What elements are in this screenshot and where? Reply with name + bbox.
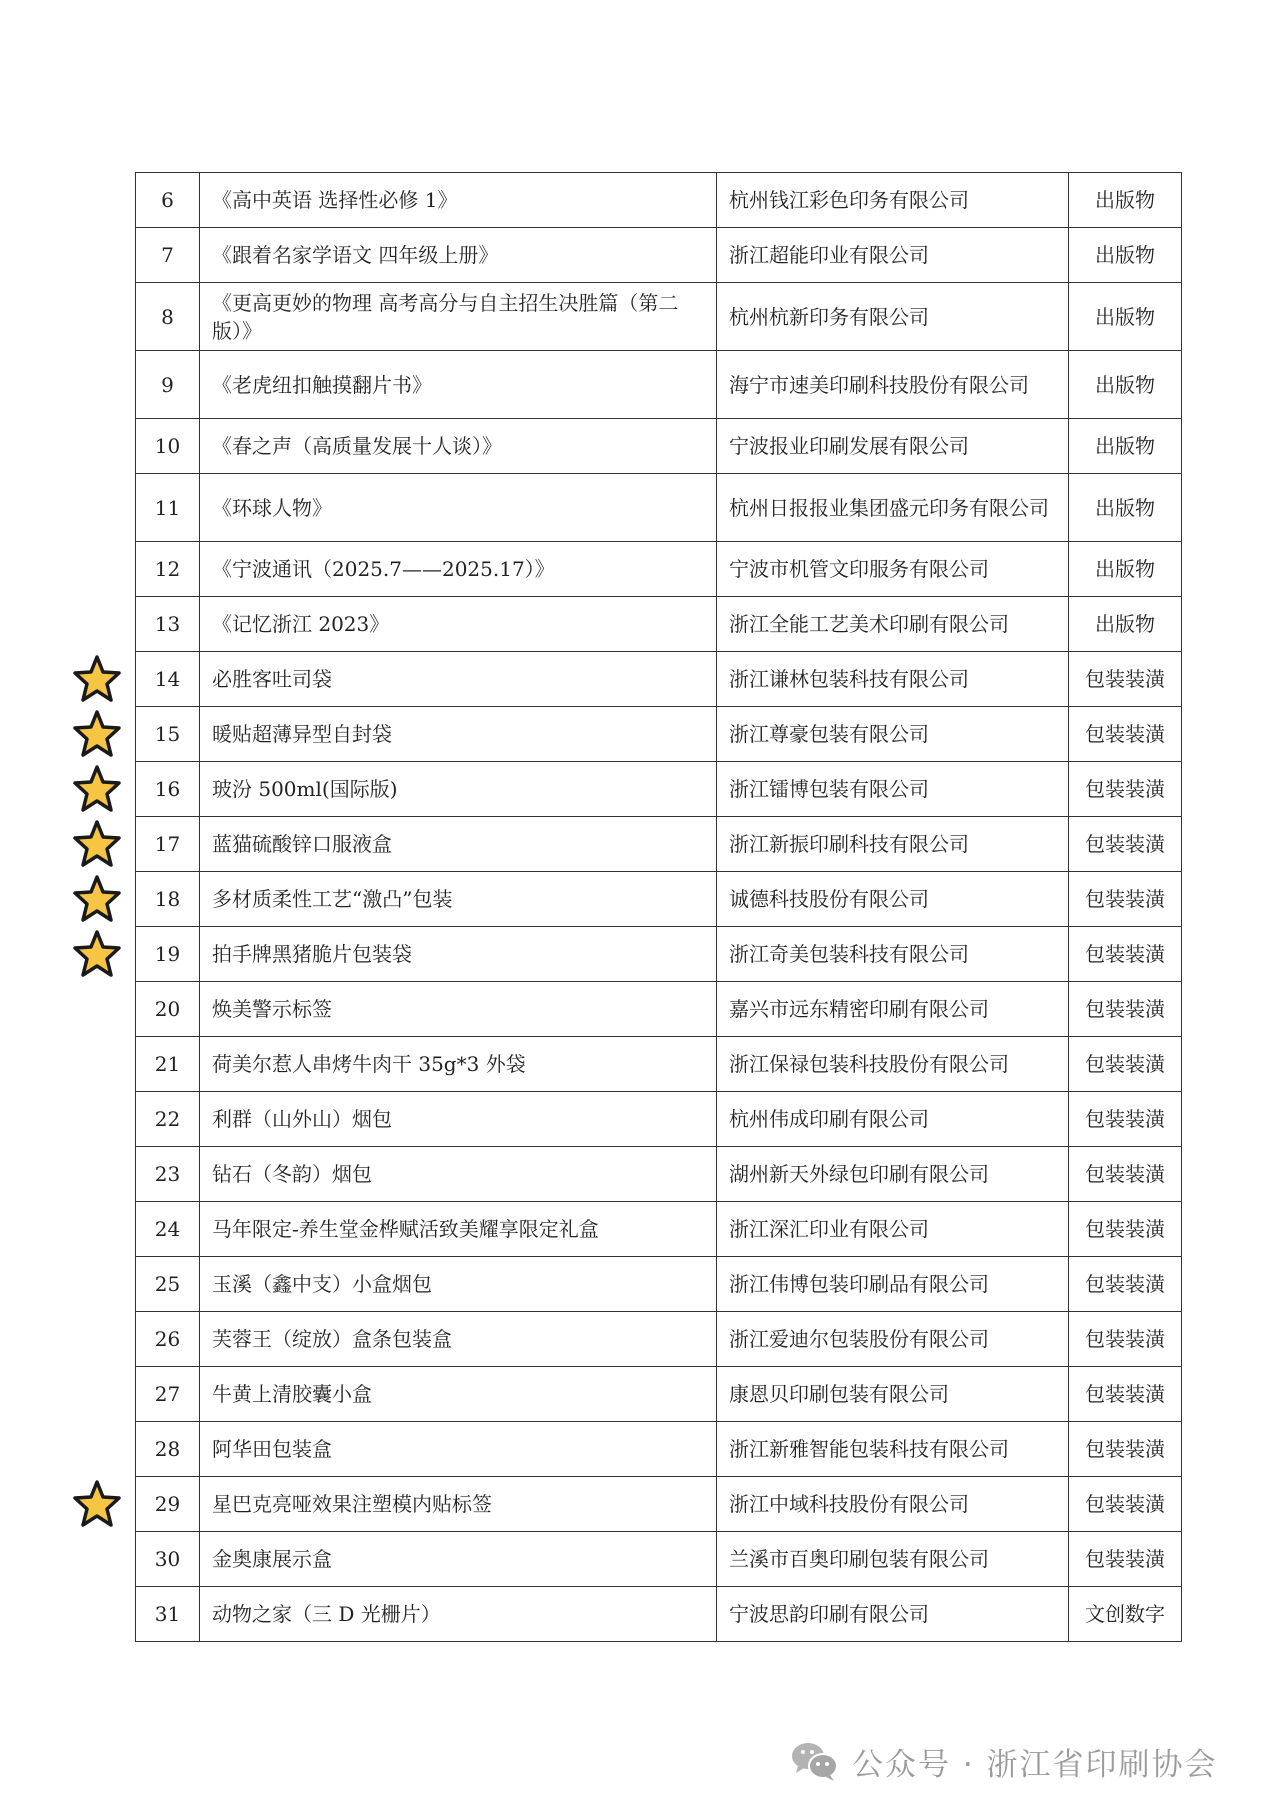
table-row: 20焕美警示标签嘉兴市远东精密印刷有限公司包装装潢 [136,982,1182,1037]
row-number: 13 [136,597,200,652]
table-row: 12《宁波通讯（2025.7——2025.17）》宁波市机管文印服务有限公司出版… [136,542,1182,597]
work-name: 钻石（冬韵）烟包 [200,1147,717,1202]
work-name: 星巴克亮哑效果注塑模内贴标签 [200,1477,717,1532]
row-number: 27 [136,1367,200,1422]
work-name: 多材质柔性工艺“激凸”包装 [200,872,717,927]
category: 出版物 [1069,474,1182,542]
row-number: 6 [136,173,200,228]
table-row: 13《记忆浙江 2023》浙江全能工艺美术印刷有限公司出版物 [136,597,1182,652]
watermark: 公众号 · 浙江省印刷协会 [790,1740,1218,1782]
table-row: 23钻石（冬韵）烟包湖州新天外绿包印刷有限公司包装装潢 [136,1147,1182,1202]
company-name: 宁波市机管文印服务有限公司 [717,542,1069,597]
work-name: 动物之家（三 D 光栅片） [200,1587,717,1642]
category: 包装装潢 [1069,707,1182,762]
company-name: 嘉兴市远东精密印刷有限公司 [717,982,1069,1037]
work-name: 玉溪（鑫中支）小盒烟包 [200,1257,717,1312]
work-name: 拍手牌黑猪脆片包装袋 [200,927,717,982]
category: 包装装潢 [1069,1147,1182,1202]
wechat-icon [790,1740,840,1782]
row-number: 30 [136,1532,200,1587]
work-name: 《更高更妙的物理 高考高分与自主招生决胜篇（第二版）》 [200,283,717,351]
table-row: 6《高中英语 选择性必修 1》杭州钱江彩色印务有限公司出版物 [136,173,1182,228]
work-name: 《记忆浙江 2023》 [200,597,717,652]
work-name: 蓝猫硫酸锌口服液盒 [200,817,717,872]
row-number: 16 [136,762,200,817]
category: 包装装潢 [1069,1092,1182,1147]
row-number: 23 [136,1147,200,1202]
table-row: 18多材质柔性工艺“激凸”包装诚德科技股份有限公司包装装潢 [136,872,1182,927]
company-name: 浙江爱迪尔包装股份有限公司 [717,1312,1069,1367]
row-number: 26 [136,1312,200,1367]
company-name: 浙江谦林包装科技有限公司 [717,652,1069,707]
table-row: 21荷美尔惹人串烤牛肉干 35g*3 外袋浙江保禄包装科技股份有限公司包装装潢 [136,1037,1182,1092]
company-name: 浙江新振印刷科技有限公司 [717,817,1069,872]
table-row: 10《春之声（高质量发展十人谈）》宁波报业印刷发展有限公司出版物 [136,419,1182,474]
row-number: 11 [136,474,200,542]
table-row: 29星巴克亮哑效果注塑模内贴标签浙江中域科技股份有限公司包装装潢 [136,1477,1182,1532]
company-name: 浙江奇美包装科技有限公司 [717,927,1069,982]
category: 包装装潢 [1069,1202,1182,1257]
star-icon [72,1479,122,1529]
work-name: 焕美警示标签 [200,982,717,1037]
company-name: 杭州日报报业集团盛元印务有限公司 [717,474,1069,542]
category: 包装装潢 [1069,1037,1182,1092]
company-name: 浙江深汇印业有限公司 [717,1202,1069,1257]
row-number: 24 [136,1202,200,1257]
work-name: 玻汾 500ml(国际版) [200,762,717,817]
category: 包装装潢 [1069,1367,1182,1422]
category: 出版物 [1069,419,1182,474]
table-row: 27牛黄上清胶囊小盒康恩贝印刷包装有限公司包装装潢 [136,1367,1182,1422]
category: 出版物 [1069,597,1182,652]
table-row: 15暖贴超薄异型自封袋浙江尊豪包装有限公司包装装潢 [136,707,1182,762]
row-number: 19 [136,927,200,982]
work-name: 《环球人物》 [200,474,717,542]
work-name: 荷美尔惹人串烤牛肉干 35g*3 外袋 [200,1037,717,1092]
category: 包装装潢 [1069,817,1182,872]
company-name: 浙江伟博包装印刷品有限公司 [717,1257,1069,1312]
category: 包装装潢 [1069,982,1182,1037]
row-number: 29 [136,1477,200,1532]
work-name: 暖贴超薄异型自封袋 [200,707,717,762]
category: 包装装潢 [1069,652,1182,707]
star-icon [72,709,122,759]
row-number: 18 [136,872,200,927]
row-number: 22 [136,1092,200,1147]
category: 包装装潢 [1069,1312,1182,1367]
work-name: 《高中英语 选择性必修 1》 [200,173,717,228]
row-number: 21 [136,1037,200,1092]
row-number: 14 [136,652,200,707]
company-name: 浙江新雅智能包装科技有限公司 [717,1422,1069,1477]
category: 包装装潢 [1069,872,1182,927]
table-row: 11《环球人物》杭州日报报业集团盛元印务有限公司出版物 [136,474,1182,542]
row-number: 7 [136,228,200,283]
category: 文创数字 [1069,1587,1182,1642]
row-number: 25 [136,1257,200,1312]
category: 包装装潢 [1069,927,1182,982]
star-icon [72,819,122,869]
company-name: 浙江镭博包装有限公司 [717,762,1069,817]
category: 出版物 [1069,283,1182,351]
company-name: 海宁市速美印刷科技股份有限公司 [717,351,1069,419]
work-name: 牛黄上清胶囊小盒 [200,1367,717,1422]
row-number: 28 [136,1422,200,1477]
row-number: 17 [136,817,200,872]
table-row: 16玻汾 500ml(国际版)浙江镭博包装有限公司包装装潢 [136,762,1182,817]
row-number: 10 [136,419,200,474]
company-name: 诚德科技股份有限公司 [717,872,1069,927]
company-name: 康恩贝印刷包装有限公司 [717,1367,1069,1422]
company-name: 浙江超能印业有限公司 [717,228,1069,283]
work-name: 《春之声（高质量发展十人谈）》 [200,419,717,474]
company-name: 杭州杭新印务有限公司 [717,283,1069,351]
company-name: 宁波思韵印刷有限公司 [717,1587,1069,1642]
category: 出版物 [1069,228,1182,283]
star-icon [72,874,122,924]
awards-table: 6《高中英语 选择性必修 1》杭州钱江彩色印务有限公司出版物7《跟着名家学语文 … [135,172,1182,1642]
table-row: 31动物之家（三 D 光栅片）宁波思韵印刷有限公司文创数字 [136,1587,1182,1642]
star-icon [72,764,122,814]
watermark-text: 公众号 · 浙江省印刷协会 [852,1739,1218,1784]
category: 包装装潢 [1069,1477,1182,1532]
row-number: 9 [136,351,200,419]
category: 出版物 [1069,351,1182,419]
work-name: 《宁波通讯（2025.7——2025.17）》 [200,542,717,597]
table-row: 7《跟着名家学语文 四年级上册》浙江超能印业有限公司出版物 [136,228,1182,283]
work-name: 《跟着名家学语文 四年级上册》 [200,228,717,283]
table-row: 19拍手牌黑猪脆片包装袋浙江奇美包装科技有限公司包装装潢 [136,927,1182,982]
work-name: 利群（山外山）烟包 [200,1092,717,1147]
category: 出版物 [1069,542,1182,597]
category: 包装装潢 [1069,1422,1182,1477]
company-name: 浙江保禄包装科技股份有限公司 [717,1037,1069,1092]
table-row: 24马年限定-养生堂金桦赋活致美耀享限定礼盒浙江深汇印业有限公司包装装潢 [136,1202,1182,1257]
table-row: 17蓝猫硫酸锌口服液盒浙江新振印刷科技有限公司包装装潢 [136,817,1182,872]
category: 出版物 [1069,173,1182,228]
work-name: 芙蓉王（绽放）盒条包装盒 [200,1312,717,1367]
company-name: 浙江全能工艺美术印刷有限公司 [717,597,1069,652]
table-row: 28阿华田包装盒浙江新雅智能包装科技有限公司包装装潢 [136,1422,1182,1477]
table-row: 26芙蓉王（绽放）盒条包装盒浙江爱迪尔包装股份有限公司包装装潢 [136,1312,1182,1367]
company-name: 杭州伟成印刷有限公司 [717,1092,1069,1147]
row-number: 12 [136,542,200,597]
company-name: 杭州钱江彩色印务有限公司 [717,173,1069,228]
table-row: 14必胜客吐司袋浙江谦林包装科技有限公司包装装潢 [136,652,1182,707]
company-name: 兰溪市百奥印刷包装有限公司 [717,1532,1069,1587]
company-name: 宁波报业印刷发展有限公司 [717,419,1069,474]
table-row: 25玉溪（鑫中支）小盒烟包浙江伟博包装印刷品有限公司包装装潢 [136,1257,1182,1312]
row-number: 31 [136,1587,200,1642]
table-row: 9《老虎纽扣触摸翻片书》海宁市速美印刷科技股份有限公司出版物 [136,351,1182,419]
work-name: 必胜客吐司袋 [200,652,717,707]
category: 包装装潢 [1069,1532,1182,1587]
row-number: 20 [136,982,200,1037]
work-name: 马年限定-养生堂金桦赋活致美耀享限定礼盒 [200,1202,717,1257]
category: 包装装潢 [1069,762,1182,817]
table-row: 30金奥康展示盒兰溪市百奥印刷包装有限公司包装装潢 [136,1532,1182,1587]
row-number: 8 [136,283,200,351]
table-row: 22利群（山外山）烟包杭州伟成印刷有限公司包装装潢 [136,1092,1182,1147]
work-name: 《老虎纽扣触摸翻片书》 [200,351,717,419]
company-name: 浙江中域科技股份有限公司 [717,1477,1069,1532]
row-number: 15 [136,707,200,762]
company-name: 浙江尊豪包装有限公司 [717,707,1069,762]
table-row: 8《更高更妙的物理 高考高分与自主招生决胜篇（第二版）》杭州杭新印务有限公司出版… [136,283,1182,351]
company-name: 湖州新天外绿包印刷有限公司 [717,1147,1069,1202]
star-icon [72,929,122,979]
star-icon [72,654,122,704]
work-name: 金奥康展示盒 [200,1532,717,1587]
work-name: 阿华田包装盒 [200,1422,717,1477]
category: 包装装潢 [1069,1257,1182,1312]
